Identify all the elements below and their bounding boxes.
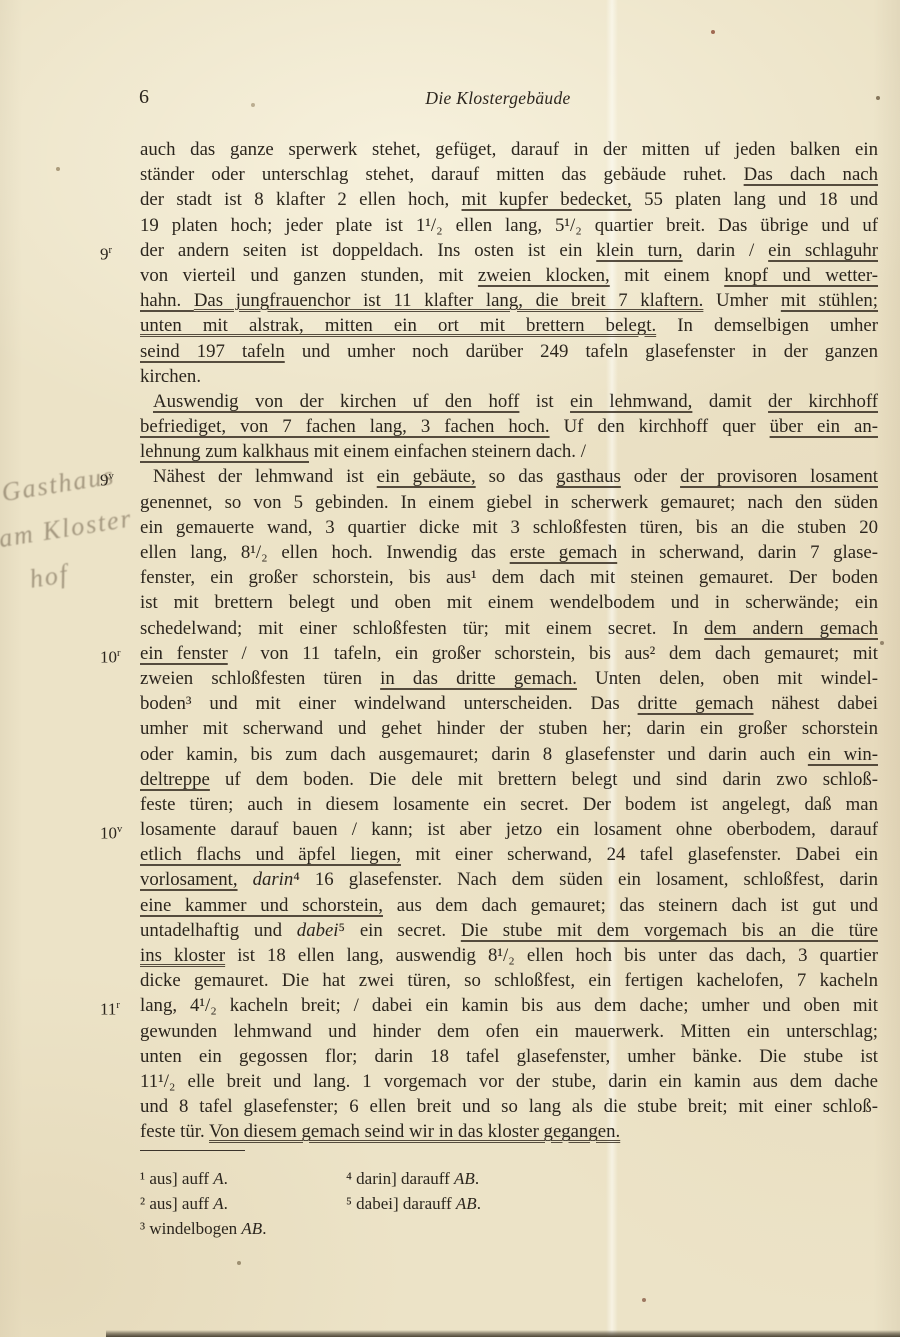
text-segment: losamente darauf bauen / kann; ist aber … [140,819,878,840]
text-segment: darin [253,869,294,890]
text-segment: kirchen. [140,366,201,387]
body-line: lehnung zum kalkhaus mit einem einfachen… [140,439,878,464]
underlined-phrase: vorlosament, [140,869,238,890]
text-segment: aus dem dach gemauret; das steinern dach… [383,895,878,916]
body-line: eine kammer und schorstein, aus dem dach… [140,893,878,918]
footnote-rule [140,1150,245,1151]
text-segment: feste tür. [140,1121,209,1142]
text-segment: ⁴ darin] darauff [346,1169,454,1188]
text-segment: dabei [297,920,339,941]
text-segment: ⁵ dabei] darauff [346,1194,456,1213]
text-segment: darin / [683,240,769,261]
footnote-column-1: ¹ aus] auff A.² aus] auff A.³ windelboge… [140,1166,340,1241]
body-line: deltreppe uf dem boden. Die dele mit bre… [140,767,878,792]
body-line: hahn. Das jungfrauenchor ist 11 klafter … [140,288,878,313]
underlined-phrase: der kirchhoff [768,391,878,412]
underlined-phrase: ins kloster [140,945,225,966]
body-line: befriediget, von 7 fachen lang, 3 fachen… [140,414,878,439]
text-segment: / von 11 tafeln, ein großer schorstein, … [228,643,878,664]
text-segment: ist [519,391,570,412]
text-segment: mit einer scherwand, 24 tafel glasefenst… [401,844,878,865]
text-segment: unten ein gegossen flor; darin 18 tafel … [140,1046,878,1067]
text-segment: boden³ und mit einer windelwand untersch… [140,693,638,714]
text-segment: AB [241,1219,262,1238]
body-text: auch das ganze sperwerk stehet, gefüget,… [140,137,878,1145]
text-segment: AB [456,1194,477,1213]
folio-marker: 11r [100,993,134,1022]
body-line: von vierteil und ganzen stunden, mit zwe… [140,263,878,288]
body-line: unten mit alstrak, mitten ein ort mit br… [140,313,878,338]
body-line: 9vNähest der lehmwand ist ein gebäute, s… [140,464,878,489]
body-line: boden³ und mit einer windelwand untersch… [140,691,878,716]
text-segment: ellen lang, 8¹/₂ ellen hoch. Inwendig da… [140,542,510,563]
text-segment: ist 18 ellen lang, auswendig 8¹/₂ ellen … [225,945,878,966]
body-line: ins kloster ist 18 ellen lang, auswendig… [140,943,878,968]
text-segment: der andern seiten ist doppeldach. Ins os… [140,240,596,261]
text-segment: Unten delen, oben mit windel- [577,668,878,689]
footnote-line: ¹ aus] auff A. [140,1166,340,1191]
underlined-phrase: dem andern gemach [704,618,878,639]
underlined-phrase: erste gemach [510,542,618,563]
body-line: vorlosament, darin⁴ 16 glasefenster. Nac… [140,867,878,892]
text-segment: gewunden lehmwand und hinder dem ofen ei… [140,1021,878,1042]
body-line: 19 platen hoch; jeder plate ist 1¹/₂ ell… [140,213,878,238]
text-segment: nähest dabei [754,693,878,714]
underlined-phrase: mit kupfer bedecket, [462,189,632,210]
body-line: 11rlang, 4¹/₂ kacheln breit; / dabei ein… [140,993,878,1018]
text-segment: und umher noch darüber 249 tafeln glasef… [285,341,878,362]
body-line: fenster, ein großer schorstein, bis aus¹… [140,565,878,590]
text-segment: 55 platen lang und 18 und [632,189,878,210]
body-line: gewunden lehmwand und hinder dem ofen ei… [140,1019,878,1044]
body-line: umher mit scherwand und gehet hinder der… [140,716,878,741]
text-segment [238,869,253,890]
folio-marker: 10v [100,817,134,846]
paper-specks [0,0,2,2]
text-segment: 11¹/₂ elle breit und lang. 1 vorgemach v… [140,1071,878,1092]
body-line: und 8 tafel glasefenster; 6 ellen breit … [140,1094,878,1119]
body-line: 10rein fenster / von 11 tafeln, ein groß… [140,641,878,666]
underlined-phrase: etlich flachs und äpfel liegen, [140,844,401,865]
footnote-column-2: ⁴ darin] darauff AB.⁵ dabei] darauff AB. [346,1166,606,1216]
text-segment: 19 platen hoch; jeder plate ist 1¹/₂ ell… [140,215,878,236]
text-segment: In demselbigen umher [656,315,878,336]
text-segment: so das [476,466,556,487]
text-segment: ein gemauerte wand, 3 quartier dicke mit… [140,517,878,538]
body-line: schedelwand; mit einer schloßfesten tür;… [140,616,878,641]
text-segment: dicke gemauret. Die hat zwei türen, so s… [140,970,878,991]
underlined-phrase: Das dach nach [744,164,878,185]
body-line: zweien schloßfesten türen in das dritte … [140,666,878,691]
body-line: Auswendig von der kirchen uf den hoff is… [140,389,878,414]
text-segment: ¹ aus] auff [140,1169,213,1188]
text-segment: Uf den kirchhoff quer [550,416,770,437]
body-line: ellen lang, 8¹/₂ ellen hoch. Inwendig da… [140,540,878,565]
body-line: ein gemauerte wand, 3 quartier dicke mit… [140,515,878,540]
text-segment: fenster, ein großer schorstein, bis aus¹… [140,567,878,588]
body-line: genennet, so von 5 gebinden. In einem gi… [140,490,878,515]
text-segment: . [477,1194,481,1213]
footnote-line: ³ windelbogen AB. [140,1216,340,1241]
underlined-phrase: Die stube mit dem vorgemach bis an die t… [461,920,878,941]
text-segment: Nähest der lehmwand ist [153,466,377,487]
running-header: Die Klostergebäude [140,88,856,109]
body-line: oder kamin, bis zum dach ausgemauret; da… [140,742,878,767]
text-segment: mit einem einfachen steinern dach. / [309,441,586,462]
underlined-phrase: über ein an- [770,416,878,437]
footnote-line: ² aus] auff A. [140,1191,340,1216]
underlined-phrase: unten mit alstrak, mitten ein ort mit br… [140,315,656,336]
body-line: ständer oder unterschlag stehet, darauf … [140,162,878,187]
text-segment: uf dem boden. Die dele mit brettern bele… [210,769,878,790]
underlined-phrase: deltreppe [140,769,210,790]
text-segment: lang, 4¹/₂ kacheln breit; / dabei ein ka… [140,995,878,1016]
body-line: ist mit brettern belegt und oben mit ein… [140,590,878,615]
text-segment: . [224,1194,228,1213]
bottom-scan-edge [106,1330,900,1337]
underlined-phrase: der provisoren losament [680,466,878,487]
underlined-phrase: dritte gemach [638,693,754,714]
text-segment: mit einem [610,265,724,286]
body-line: der stadt ist 8 klafter 2 ellen hoch, mi… [140,187,878,212]
body-line: etlich flachs und äpfel liegen, mit eine… [140,842,878,867]
body-line: feste tür. Von diesem gemach seind wir i… [140,1119,878,1144]
text-segment: ³ windelbogen [140,1219,241,1238]
underlined-phrase: ein gebäute, [377,466,476,487]
body-line: 11¹/₂ elle breit und lang. 1 vorgemach v… [140,1069,878,1094]
text-segment: Umher [703,290,780,311]
footnote-line: ⁵ dabei] darauff AB. [346,1191,606,1216]
underlined-phrase: zweien klocken, [478,265,610,286]
body-line: feste türen; auch in diesem losamente ei… [140,792,878,817]
body-line: unten ein gegossen flor; darin 18 tafel … [140,1044,878,1069]
underlined-phrase: klein turn, [596,240,682,261]
text-segment: in scherwand, darin 7 glase- [617,542,878,563]
text-segment: oder kamin, bis zum dach ausgemauret; da… [140,744,808,765]
body-line: untadelhaftig und dabei⁵ ein secret. Die… [140,918,878,943]
text-segment: ⁵ ein secret. [339,920,461,941]
underlined-phrase: ein fenster [140,643,228,664]
body-line: auch das ganze sperwerk stehet, gefüget,… [140,137,878,162]
text-segment: oder [621,466,680,487]
text-segment: ist mit brettern belegt und oben mit ein… [140,592,878,613]
underlined-phrase: mit stühlen; [781,290,878,311]
text-segment: ständer oder unterschlag stehet, darauf … [140,164,744,185]
underlined-phrase: Das jungfrauenchor ist 11 klafter lang, … [194,290,704,311]
underlined-phrase: lehnung zum kalkhaus [140,441,309,462]
text-segment: zweien schloßfesten türen [140,668,380,689]
text-segment: . [475,1169,479,1188]
text-segment: feste türen; auch in diesem losamente ei… [140,794,878,815]
underlined-phrase: ein schlaguhr [768,240,878,261]
underlined-phrase: Von diesem gemach seind wir in das klost… [209,1121,620,1142]
text-segment: von vierteil und ganzen stunden, mit [140,265,478,286]
text-segment: . [262,1219,266,1238]
footnote-line: ⁴ darin] darauff AB. [346,1166,606,1191]
text-segment: untadelhaftig und [140,920,297,941]
text-segment: A [213,1169,223,1188]
body-line: 9rder andern seiten ist doppeldach. Ins … [140,238,878,263]
underlined-phrase: gasthaus [556,466,621,487]
underlined-phrase: in das dritte gemach. [380,668,577,689]
underlined-phrase: seind 197 tafeln [140,341,285,362]
underlined-phrase: ein win- [808,744,878,765]
text-segment: und 8 tafel glasefenster; 6 ellen breit … [140,1096,878,1117]
folio-marker: 9v [100,464,134,493]
body-line: dicke gemauret. Die hat zwei türen, so s… [140,968,878,993]
text-segment: ⁴ 16 glasefenster. Nach dem süden ein lo… [293,869,878,890]
text-segment: . [224,1169,228,1188]
text-segment: A [213,1194,223,1213]
text-segment: ² aus] auff [140,1194,213,1213]
text-segment: damit [692,391,768,412]
underlined-phrase: Auswendig von der kirchen uf den hoff [153,391,519,412]
text-segment: der stadt ist 8 klafter 2 ellen hoch, [140,189,462,210]
text-segment: genennet, so von 5 gebinden. In einem gi… [140,492,878,513]
body-line: seind 197 tafeln und umher noch darüber … [140,339,878,364]
folio-marker: 9r [100,238,134,267]
underlined-phrase: befriediget, von 7 fachen lang, 3 fachen… [140,416,550,437]
text-segment: auch das ganze sperwerk stehet, gefüget,… [140,139,878,160]
text-segment: umher mit scherwand und gehet hinder der… [140,718,878,739]
underlined-phrase: ein lehmwand, [570,391,692,412]
underlined-phrase: hahn. [140,290,194,311]
text-segment: schedelwand; mit einer schloßfesten tür;… [140,618,704,639]
underlined-phrase: knopf und wetter- [724,265,878,286]
folio-marker: 10r [100,641,134,670]
underlined-phrase: eine kammer und schorstein, [140,895,383,916]
body-line: kirchen. [140,364,878,389]
body-line: 10vlosamente darauf bauen / kann; ist ab… [140,817,878,842]
text-segment: AB [454,1169,475,1188]
